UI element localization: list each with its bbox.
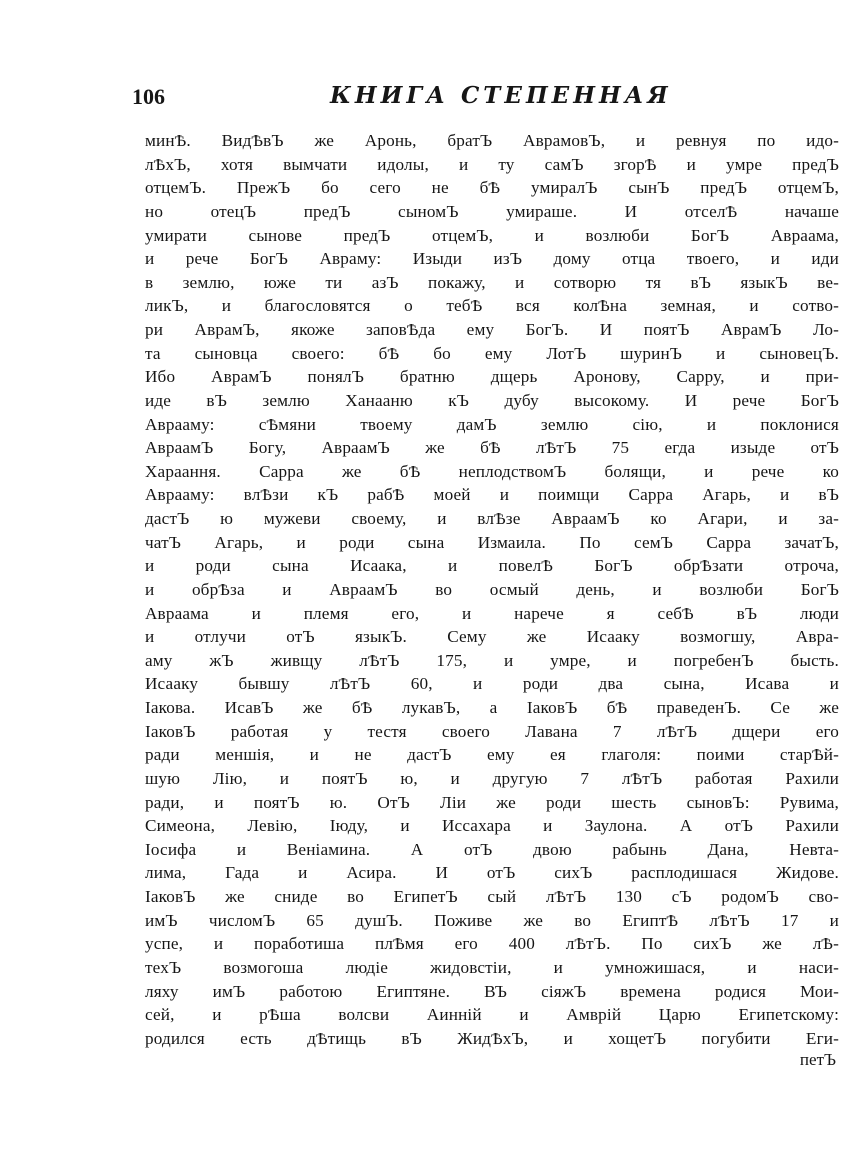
text-line: родился есть дѢтищь вЪ ЖидѢхЪ, и хощетЪ … xyxy=(145,1027,839,1051)
text-line: аму жЪ живщу лѢтЪ 175, и умре, и погребе… xyxy=(145,649,839,673)
text-line: иде вЪ землю Ханааню кЪ дубу высокому. И… xyxy=(145,389,839,413)
text-line: ликЪ, и благословятся о тебѢ вся колѢна … xyxy=(145,294,839,318)
text-line: сей, и рѢша волсви Аинній и Амврій Царю … xyxy=(145,1003,839,1027)
text-line: Симеона, Левію, Іюду, и Иссахара и Зауло… xyxy=(145,814,839,838)
text-line: Исааку бывшу лѢтЪ 60, и роди два сына, И… xyxy=(145,672,839,696)
running-head: КНИГА СТЕПЕННАЯ xyxy=(330,82,672,109)
text-line: лима, Гада и Асира. И отЪ сихЪ расплодиш… xyxy=(145,861,839,885)
text-line: умирати сынове предЪ отцемЪ, и возлюби Б… xyxy=(145,224,839,248)
text-line: АвраамЪ Богу, АвраамЪ же бѢ лѢтЪ 75 егда… xyxy=(145,436,839,460)
text-line: ради меншія, и не дастЪ ему ея глаголя: … xyxy=(145,743,839,767)
text-line: дастЪ ю мужеви своему, и влѢзе АвраамЪ к… xyxy=(145,507,839,531)
text-line: в землю, юже ти азЪ покажу, и сотворю тя… xyxy=(145,271,839,295)
text-line: и роди сына Исаака, и повелѢ БогЪ обрѢза… xyxy=(145,554,839,578)
text-line: успе, и поработиша плѢмя его 400 лѢтЪ. П… xyxy=(145,932,839,956)
text-line: шую Лію, и поятЪ ю, и другую 7 лѢтЪ рабо… xyxy=(145,767,839,791)
text-line: Іосифа и Веніамина. А отЪ двою рабынь Да… xyxy=(145,838,839,862)
page-number: 106 xyxy=(132,84,165,110)
text-line: минѢ. ВидѢвЪ же Аронь, братЪ АврамовЪ, и… xyxy=(145,129,839,153)
text-line: Авраама и племя его, и нарече я себѢ вЪ … xyxy=(145,602,839,626)
text-line: и обрѢза и АвраамЪ во осмый день, и возл… xyxy=(145,578,839,602)
text-line: и отлучи отЪ языкЪ. Сему же Исааку возмо… xyxy=(145,625,839,649)
text-line: Аврааму: влѢзи кЪ рабѢ моей и поимщи Сар… xyxy=(145,483,839,507)
text-line: Ибо АврамЪ понялЪ братню дщерь Аронову, … xyxy=(145,365,839,389)
text-line: техЪ возмогоша людіе жидовстіи, и умножи… xyxy=(145,956,839,980)
text-line: Іакова. ИсавЪ же бѢ лукавЪ, а ІаковЪ бѢ … xyxy=(145,696,839,720)
text-line: лѢхЪ, хотя вымчати идолы, и ту самЪ згор… xyxy=(145,153,839,177)
text-line: чатЪ Агарь, и роди сына Измаила. По семЪ… xyxy=(145,531,839,555)
text-line: отцемЪ. ПрежЪ бо сего не бѢ умиралЪ сынЪ… xyxy=(145,176,839,200)
text-line: ІаковЪ работая у тестя своего Лавана 7 л… xyxy=(145,720,839,744)
text-line: Аврааму: сѢмяни твоему дамЪ землю сію, и… xyxy=(145,413,839,437)
text-line: Хараання. Сарра же бѢ неплодствомЪ болящ… xyxy=(145,460,839,484)
text-line: и рече БогЪ Авраму: Изыди изЪ дому отца … xyxy=(145,247,839,271)
text-block: минѢ. ВидѢвЪ же Аронь, братЪ АврамовЪ, и… xyxy=(145,129,839,1050)
text-line: ри АврамЪ, якоже заповѢда ему БогЪ. И по… xyxy=(145,318,839,342)
catchword: петЪ xyxy=(800,1050,836,1070)
text-line: ляху имЪ работою Египтяне. ВЪ сіяжЪ врем… xyxy=(145,980,839,1004)
text-line: ІаковЪ же сниде во ЕгипетЪ сый лѢтЪ 130 … xyxy=(145,885,839,909)
text-line: имЪ числомЪ 65 душЪ. Поживе же во ЕгиптѢ… xyxy=(145,909,839,933)
text-line: та сыновца своего: бѢ бо ему ЛотЪ шуринЪ… xyxy=(145,342,839,366)
text-line: но отецЪ предЪ сыномЪ умираше. И отселѢ … xyxy=(145,200,839,224)
text-line: ради, и поятЪ ю. ОтЪ Ліи же роди шесть с… xyxy=(145,791,839,815)
